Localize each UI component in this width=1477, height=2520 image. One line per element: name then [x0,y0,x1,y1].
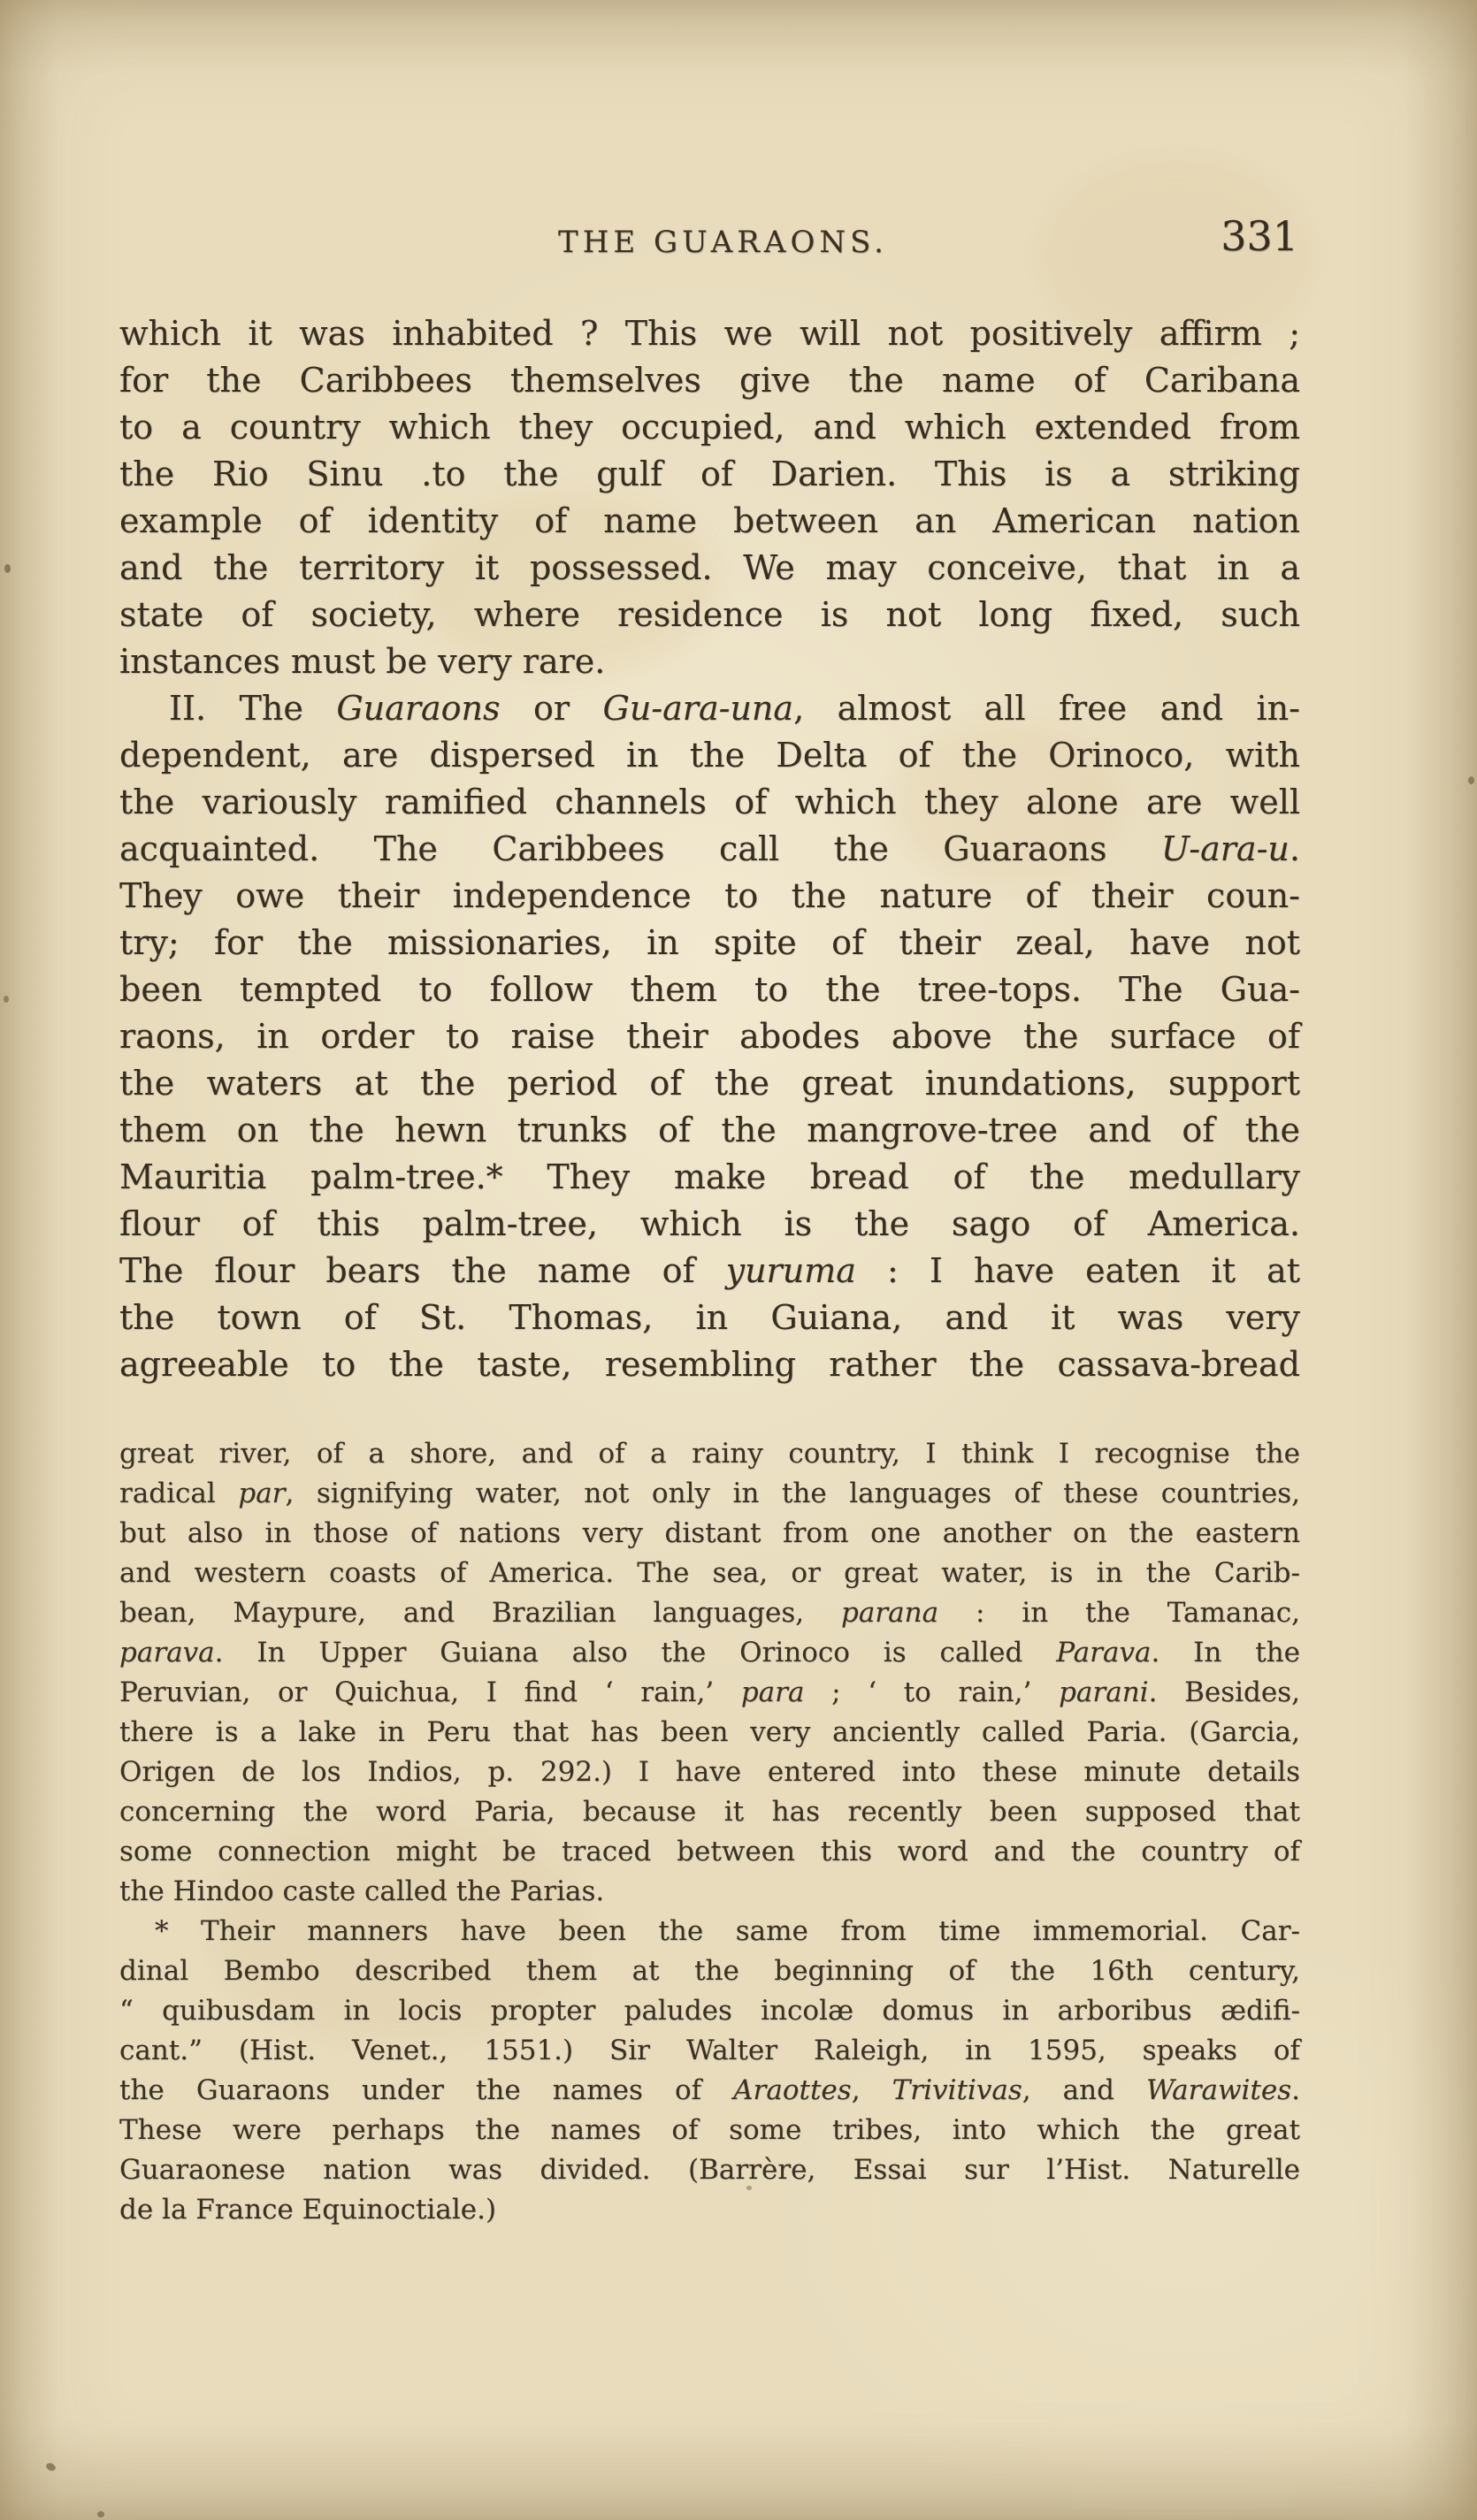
italic-text: parana [841,1597,938,1629]
text-line: Guaraonese nation was divided. (Barrère,… [119,2150,1300,2190]
text-line: “ quibusdam in locis propter paludes inc… [119,1991,1300,2031]
italic-text: Gu-ara-una [602,689,793,728]
roman-text: and western coasts of America. The sea, … [119,1557,1300,1589]
text-line: The flour bears the name of yuruma : I h… [119,1248,1300,1294]
roman-text: , signifying water, not only in the lang… [286,1478,1301,1509]
roman-text: bean, Maypure, and Brazilian languages, [119,1597,841,1629]
text-line: Mauritia palm-tree.* They make bread of … [119,1154,1300,1201]
roman-text: and the territory it possessed. We may c… [119,548,1300,587]
roman-text: , almost all free and in- [793,689,1300,728]
roman-text: the Hindoo caste called the Parias. [119,1875,604,1907]
text-line: state of society, where residence is not… [119,592,1300,638]
scan-speck [4,996,9,1003]
roman-text: acquainted. The Caribbees call the Guara… [119,829,1161,868]
roman-text: Guaraonese nation was divided. (Barrère,… [119,2154,1300,2186]
text-line: II. The Guaraons or Gu-ara-una, almost a… [119,685,1300,732]
roman-text: They owe their independence to the natur… [119,876,1300,915]
text-line: try; for the missionaries, in spite of t… [119,920,1300,966]
roman-text: for the Caribbees themselves give the na… [119,361,1300,400]
roman-text: : in the Tamanac, [938,1597,1300,1629]
text-line: de la France Equinoctiale.) [119,2190,1300,2230]
body-text: which it was inhabited ? This we will no… [119,310,1300,1388]
paragraph: which it was inhabited ? This we will no… [119,310,1300,685]
roman-text: “ quibusdam in locis propter paludes inc… [119,1995,1300,2027]
italic-text: yuruma [726,1251,856,1290]
roman-text: . In the [1151,1637,1300,1669]
roman-text: state of society, where residence is not… [119,595,1300,634]
italic-text: Warawites [1146,2074,1291,2106]
text-line: them on the hewn trunks of the mangrove-… [119,1107,1300,1154]
text-line: agreeable to the taste, resembling rathe… [119,1341,1300,1388]
roman-text: . [1291,2074,1300,2106]
paragraph: great river, of a shore, and of a rainy … [119,1434,1300,1912]
italic-text: parani [1059,1676,1149,1708]
roman-text: some connection might be traced between … [119,1836,1300,1867]
roman-text: ; ‘ to rain,’ [804,1676,1059,1708]
roman-text: Peruvian, or Quichua, I find ‘ rain,’ [119,1676,741,1708]
text-line: the town of St. Thomas, in Guiana, and i… [119,1294,1300,1341]
roman-text: : I have eaten it at [856,1251,1300,1290]
text-line: the variously ramified channels of which… [119,779,1300,826]
roman-text: Origen de los Indios, p. 292.) I have en… [119,1756,1300,1788]
paragraph: II. The Guaraons or Gu-ara-una, almost a… [119,685,1300,1388]
text-line: the Hindoo caste called the Parias. [119,1872,1300,1912]
book-page-scan: THE GUARAONS. 331 which it was inhabited… [0,0,1477,2520]
text-line: the Guaraons under the names of Araottes… [119,2071,1300,2111]
italic-text: parava [119,1637,215,1669]
text-line: there is a lake in Peru that has been ve… [119,1713,1300,1753]
scan-speck [4,564,11,573]
text-line: some connection might be traced between … [119,1832,1300,1872]
text-line: the waters at the period of the great in… [119,1060,1300,1107]
roman-text: dependent, are dispersed in the Delta of… [119,736,1300,775]
text-line: the Rio Sinu .to the gulf of Darien. Thi… [119,451,1300,498]
roman-text: agreeable to the taste, resembling rathe… [119,1345,1300,1384]
text-line: Peruvian, or Quichua, I find ‘ rain,’ pa… [119,1673,1300,1713]
text-line: cant.” (Hist. Venet., 1551.) Sir Walter … [119,2031,1300,2071]
italic-text: Parava [1056,1637,1151,1669]
italic-text: para [741,1676,805,1708]
roman-text: the variously ramified channels of which… [119,783,1300,821]
roman-text: there is a lake in Peru that has been ve… [119,1716,1300,1748]
roman-text: , and [1022,2074,1146,2106]
text-line: and western coasts of America. The sea, … [119,1554,1300,1593]
roman-text: raons, in order to raise their abodes ab… [119,1017,1300,1056]
text-line: raons, in order to raise their abodes ab… [119,1013,1300,1060]
roman-text: them on the hewn trunks of the mangrove-… [119,1111,1300,1149]
text-line: dinal Bembo described them at the beginn… [119,1951,1300,1991]
roman-text: the town of St. Thomas, in Guiana, and i… [119,1298,1300,1337]
roman-text: which it was inhabited ? This we will no… [119,314,1300,353]
italic-text: U-ara-u [1161,829,1290,868]
italic-text: par [238,1478,285,1509]
text-line: flour of this palm-tree, which is the sa… [119,1201,1300,1248]
roman-text: . Besides, [1149,1676,1300,1708]
roman-text: to a country which they occupied, and wh… [119,408,1300,447]
roman-text: the Guaraons under the names of [119,2074,733,2106]
text-line: They owe their independence to the natur… [119,873,1300,920]
roman-text: or [501,689,603,728]
roman-text: radical [119,1478,238,1509]
text-line: for the Caribbees themselves give the na… [119,357,1300,404]
italic-text: Guaraons [336,689,500,728]
running-title: THE GUARAONS. [146,225,1300,260]
text-line: * Their manners have been the same from … [119,1912,1300,1951]
roman-text: great river, of a shore, and of a rainy … [119,1438,1300,1470]
text-line: bean, Maypure, and Brazilian languages, … [119,1593,1300,1633]
text-line: Origen de los Indios, p. 292.) I have en… [119,1753,1300,1792]
paragraph: * Their manners have been the same from … [119,1912,1300,2230]
scan-speck [45,2462,57,2472]
roman-text: but also in those of nations very distan… [119,1517,1300,1549]
roman-text: the Rio Sinu .to the gulf of Darien. Thi… [119,454,1300,493]
text-line: but also in those of nations very distan… [119,1514,1300,1554]
roman-text: , [852,2074,892,2106]
text-line: dependent, are dispersed in the Delta of… [119,732,1300,779]
roman-text: try; for the missionaries, in spite of t… [119,923,1300,962]
text-line: radical par, signifying water, not only … [119,1474,1300,1514]
roman-text: . [1290,829,1300,868]
text-line: parava. In Upper Guiana also the Orinoco… [119,1633,1300,1673]
roman-text: the waters at the period of the great in… [119,1064,1300,1103]
text-line: instances must be very rare. [119,638,1300,685]
text-line: example of identity of name between an A… [119,498,1300,545]
roman-text: dinal Bembo described them at the beginn… [119,1955,1300,1987]
page-number: 331 [1221,212,1298,260]
roman-text: concerning the word Paria, because it ha… [119,1796,1300,1828]
italic-text: Trivitivas [892,2074,1022,2106]
roman-text: Mauritia palm-tree.* They make bread of … [119,1157,1300,1196]
text-line: to a country which they occupied, and wh… [119,404,1300,451]
page-header: THE GUARAONS. 331 [119,218,1300,267]
text-line: great river, of a shore, and of a rainy … [119,1434,1300,1474]
roman-text: These were perhaps the names of some tri… [119,2114,1300,2146]
text-line: and the territory it possessed. We may c… [119,545,1300,592]
roman-text: been tempted to follow them to the tree-… [119,970,1300,1009]
text-line: which it was inhabited ? This we will no… [119,310,1300,357]
roman-text: . In Upper Guiana also the Orinoco is ca… [215,1637,1057,1669]
footnote-section: great river, of a shore, and of a rainy … [119,1434,1300,2230]
scan-speck [1468,776,1474,784]
text-line: These were perhaps the names of some tri… [119,2111,1300,2150]
text-line: concerning the word Paria, because it ha… [119,1792,1300,1832]
roman-text: II. The [169,689,336,728]
italic-text: Araottes [733,2074,852,2106]
roman-text: de la France Equinoctiale.) [119,2194,496,2226]
text-line: acquainted. The Caribbees call the Guara… [119,826,1300,873]
roman-text: cant.” (Hist. Venet., 1551.) Sir Walter … [119,2035,1300,2066]
roman-text: The flour bears the name of [119,1251,726,1290]
scan-speck [97,2511,104,2517]
roman-text: * Their manners have been the same from … [155,1915,1300,1947]
roman-text: example of identity of name between an A… [119,501,1300,540]
roman-text: instances must be very rare. [119,642,605,681]
roman-text: flour of this palm-tree, which is the sa… [119,1204,1300,1243]
text-line: been tempted to follow them to the tree-… [119,966,1300,1013]
